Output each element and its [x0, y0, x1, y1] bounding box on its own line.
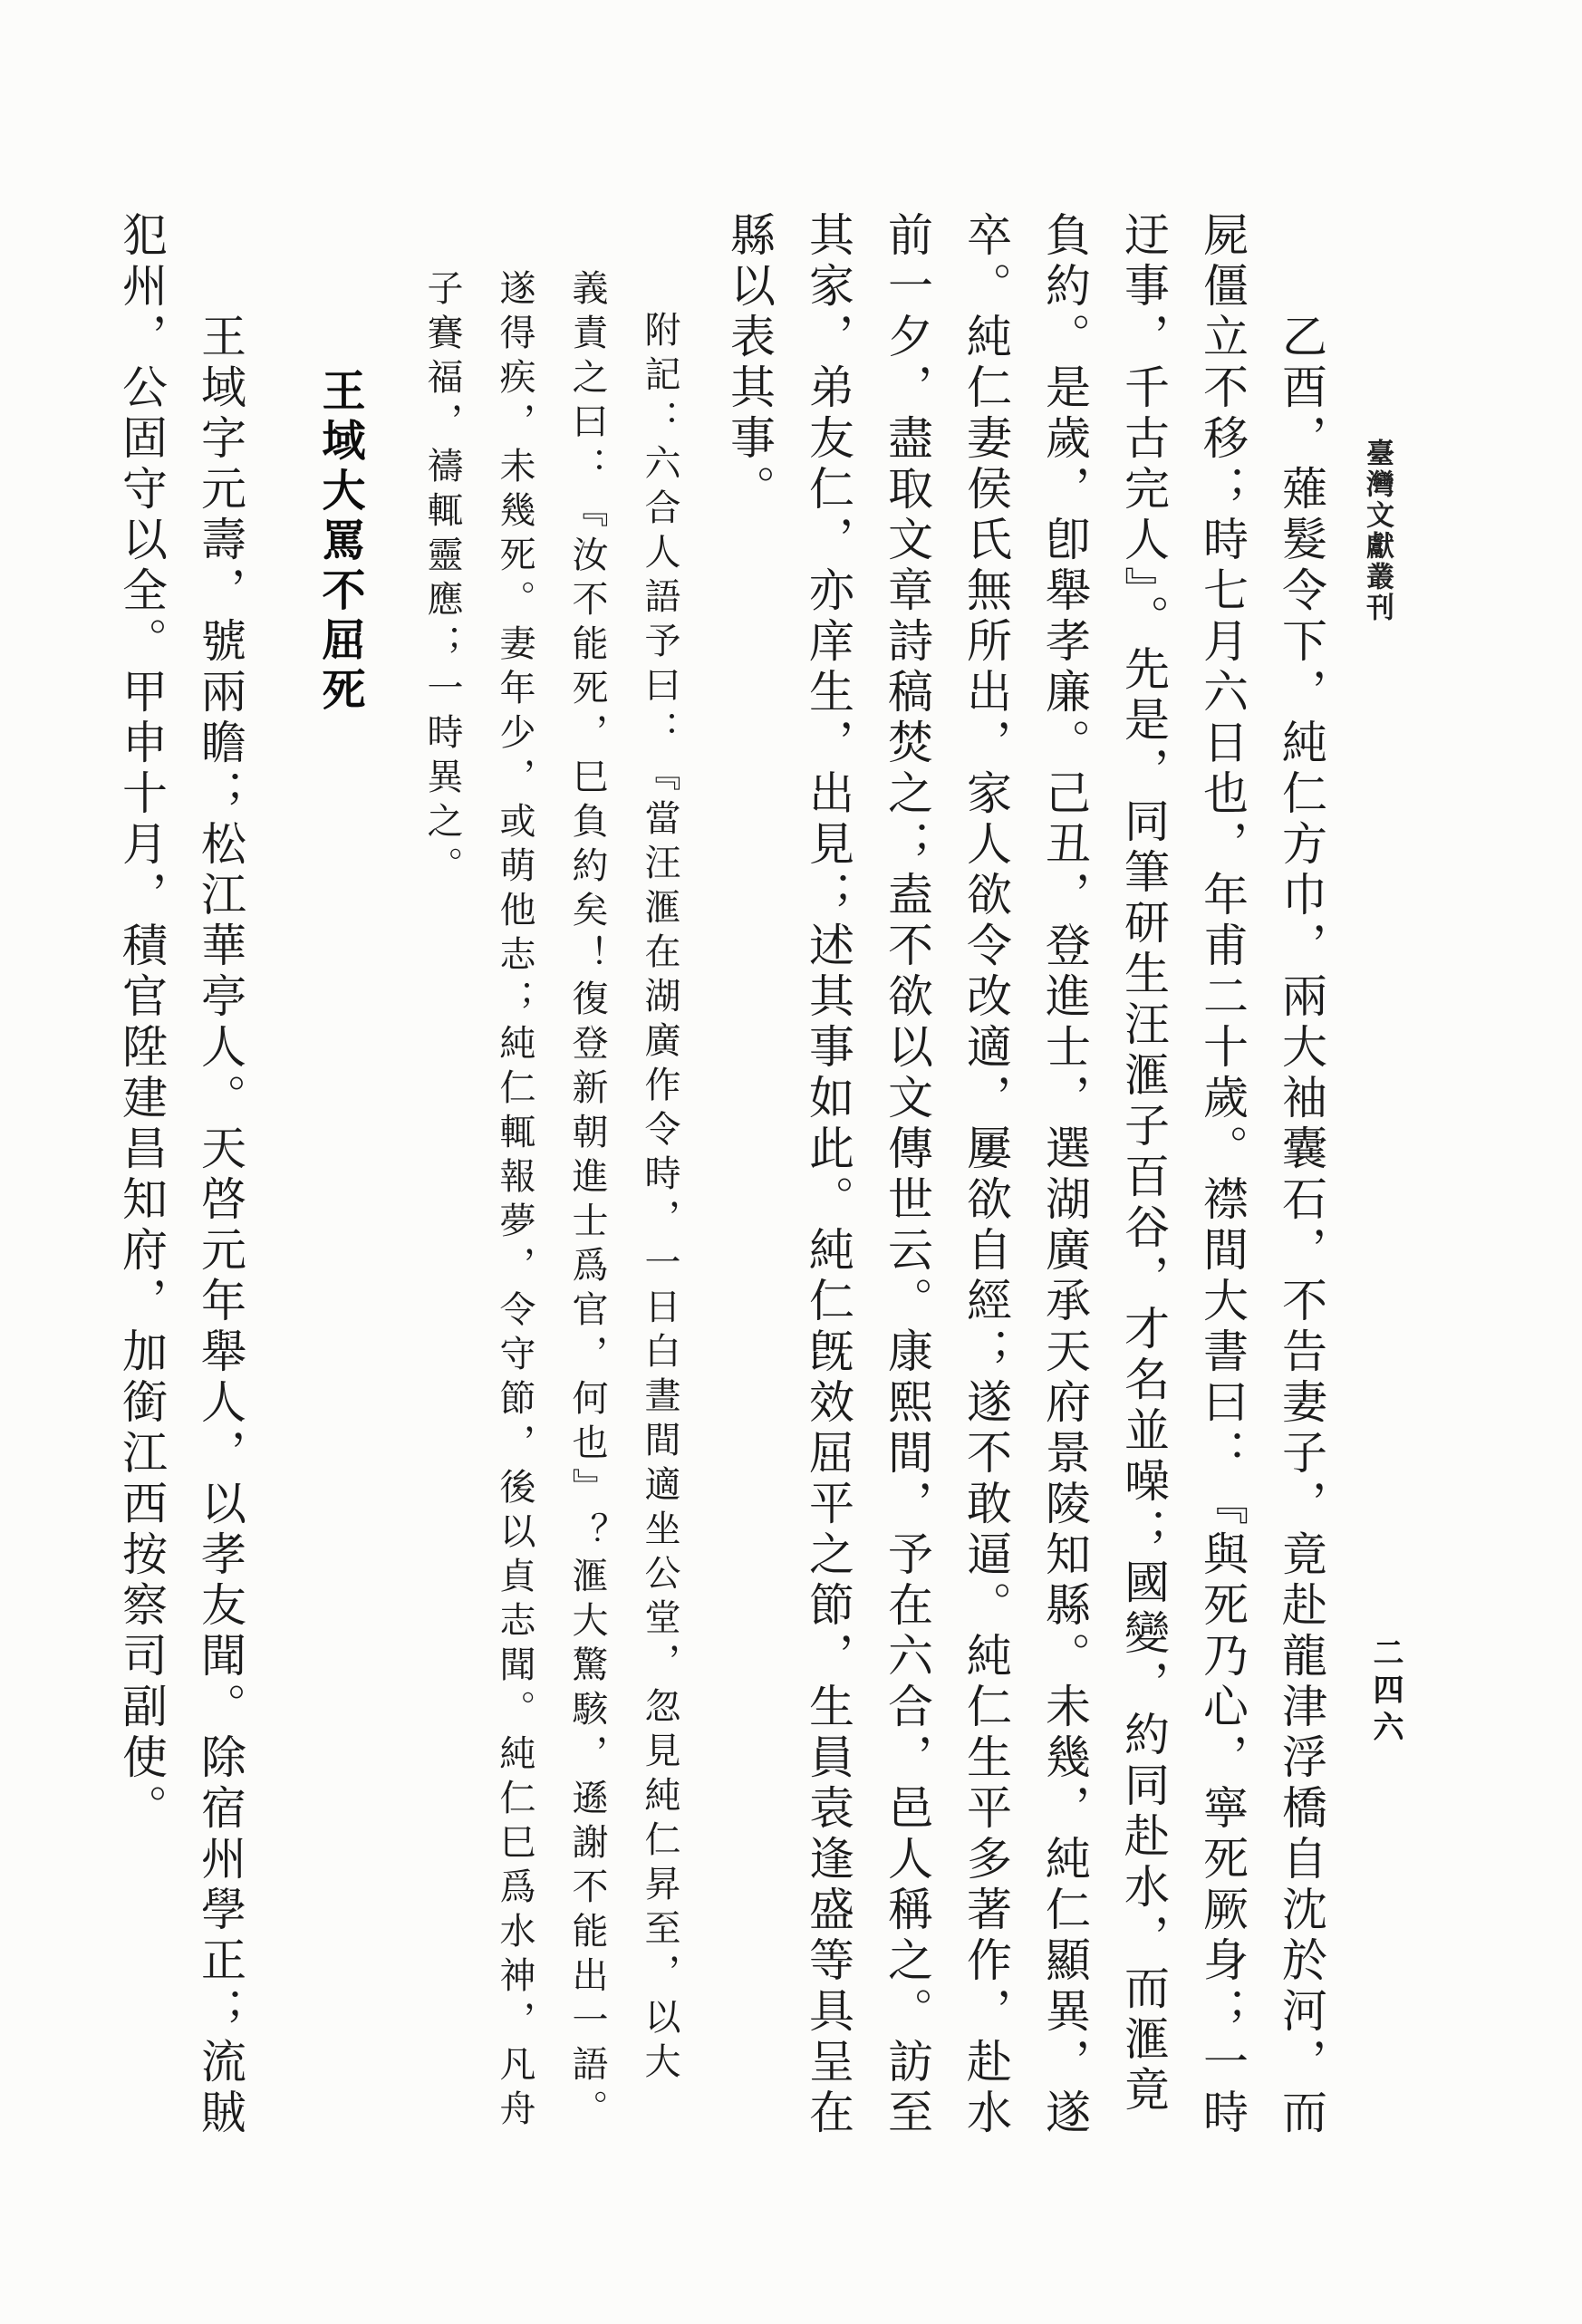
text-column-line: 縣以表其事。 [709, 211, 788, 2150]
text-column-line: 前一夕，盡取文章詩稿焚之；盍不欲以文傳世云。康熙間，予在六合，邑人稱之。訪至 [867, 211, 946, 2150]
note-column-line: 遂得疾，未幾死。妻年少，或萌他志；純仁輒報夢，令守節，後以貞志聞。純仁巳爲水神，… [478, 269, 551, 2149]
text-column-line: 迂事，千古完人』。先是，同筆研生汪滙子百谷，才名並噪；國變，約同赴水，而滙竟 [1104, 211, 1182, 2150]
note-column-line: 義責之曰：『汝不能死，巳負約矣！復登新朝進士爲官，何也』？滙大驚駭，遜謝不能出一… [551, 269, 623, 2149]
scanned-book-page: 臺灣文獻叢刊 二四六 乙酉，薙髮令下，純仁方巾，兩大袖囊石，不告妻子，竟赴龍津浮… [0, 0, 1582, 2324]
section-title: 王域大罵不屈死 [314, 368, 366, 748]
text-column-line: 犯州，公固守以全。甲申十月，積官陞建昌知府，加銜江西按察司副使。 [101, 211, 180, 2150]
text-column-line: 負約。是歲，卽舉孝廉。己丑，登進士，選湖廣承天府景陵知縣。未幾，純仁顯異，遂 [1025, 211, 1104, 2150]
text-column-line: 卒。純仁妻侯氏無所出，家人欲令改適，屢欲自經；遂不敢逼。純仁生平多著作，赴水 [946, 211, 1025, 2150]
text-column-line: 屍僵立不移；時七月六日也，年甫二十歲。襟間大書曰：『與死乃心，寧死厥身；一時 [1182, 211, 1261, 2150]
text-column-line: 王域字元壽，號兩瞻；松江華亭人。天啓元年舉人，以孝友聞。除宿州學正；流賊 [180, 211, 259, 2150]
appended-note-paragraph: 附記：六合人語予曰：『當汪滙在湖廣作令時，一日白晝間適坐公堂，忽見純仁昇至，以大… [406, 269, 696, 2149]
text-column-line: 其家，弟友仁，亦庠生，出見；述其事如此。純仁旣效屈平之節，生員袁逢盛等具呈在 [788, 211, 867, 2150]
note-column-line: 子賽福，禱輒靈應；一時異之。 [406, 269, 478, 2149]
note-column-line: 附記：六合人語予曰：『當汪滙在湖廣作令時，一日白晝間適坐公堂，忽見純仁昇至，以大 [623, 269, 696, 2149]
text-column-line: 乙酉，薙髮令下，純仁方巾，兩大袖囊石，不告妻子，竟赴龍津浮橋自沈於河，而 [1261, 211, 1340, 2150]
next-biography-paragraph: 王域字元壽，號兩瞻；松江華亭人。天啓元年舉人，以孝友聞。除宿州學正；流賊 犯州，… [101, 211, 259, 2150]
page-number: 二四六 [1365, 1636, 1404, 1763]
main-paragraph: 乙酉，薙髮令下，純仁方巾，兩大袖囊石，不告妻子，竟赴龍津浮橋自沈於河，而 屍僵立… [709, 211, 1340, 2150]
series-title-header: 臺灣文獻叢刊 [1355, 439, 1395, 638]
